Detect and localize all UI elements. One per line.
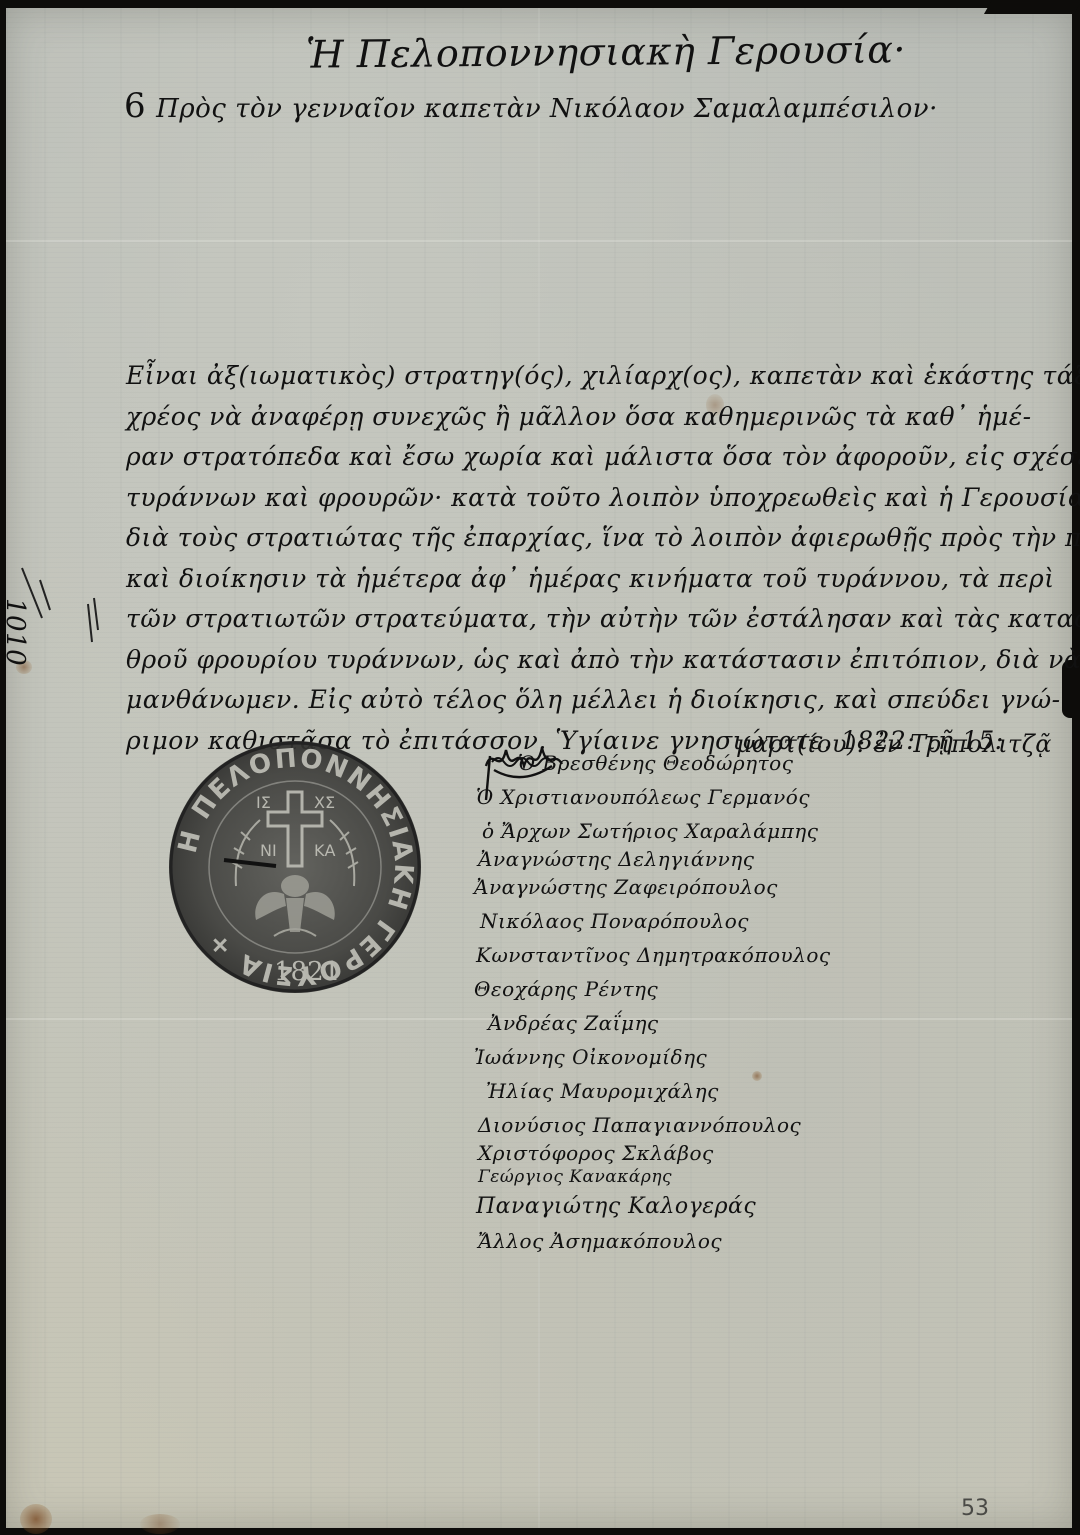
signature: Κωνσταντῖνος Δημητρακόπουλος <box>468 938 788 972</box>
body-line: μανθάνωμεν. Εἰς αὐτὸ τέλος ὅλη μέλλει ἡ … <box>126 680 1066 721</box>
addressee-line: 6Πρὸς τὸν γενναῖον καπετὰν Νικόλαον Σαμα… <box>124 86 938 126</box>
document-title: Ἡ Πελοποννησιακὴ Γερουσία· <box>306 27 906 76</box>
svg-text:ΝΙ: ΝΙ <box>260 841 277 860</box>
signature: Θεοχάρης Ρέντης <box>468 972 788 1006</box>
signature: Παναγιώτης Καλογεράς <box>468 1190 788 1224</box>
signature: Ἠλίας Μαυρομιχάλης <box>468 1074 788 1108</box>
body-line: τῶν στρατιωτῶν στρατεύματα, τὴν αὐτὴν τῶ… <box>126 599 1066 640</box>
body-line: ραν στρατόπεδα καὶ ἔσω χωρία καὶ μάλιστα… <box>126 437 1066 478</box>
signature-list: Ὁ Βρεσθένης Θεοδώρητος Ὁ Χριστιανουπόλεω… <box>468 746 788 1258</box>
body-line: Εἶναι ἀξ(ιωματικὸς) στρατηγ(ός), χιλίαρχ… <box>126 356 1066 397</box>
addressee-mark: 6 <box>124 86 146 126</box>
svg-text:ΚΑ: ΚΑ <box>314 841 335 860</box>
signature: Ἀνδρέας Ζαΐμης <box>468 1006 788 1040</box>
senate-seal: Η ΠΕΛΟΠΟΝΝΗΣΙΑΚΗ ΓΕΡΟΥΣΙΑ + ΙΣ ΧΣ ΝΙ ΚΑ … <box>164 736 426 998</box>
signature: Γεώργιος Κανακάρης <box>468 1164 788 1190</box>
signature: Ὁ Βρεσθένης Θεοδώρητος <box>468 746 788 780</box>
foxing-stain <box>20 1504 52 1534</box>
signature: ὁ Ἄρχων Σωτήριος Χαραλάμπης <box>468 814 788 848</box>
body-line: τυράννων καὶ φρουρῶν· κατὰ τοῦτο λοιπὸν … <box>126 478 1066 519</box>
signature: Νικόλαος Ποναρόπουλος <box>468 904 788 938</box>
letter-body: Εἶναι ἀξ(ιωματικὸς) στρατηγ(ός), χιλίαρχ… <box>126 356 1066 761</box>
signature: Ἀναγνώστης Ζαφειρόπουλος <box>468 870 788 904</box>
page-number: 53 <box>961 1496 989 1521</box>
body-line: χρέος νὰ ἀναφέρῃ συνεχῶς ἢ μᾶλλον ὅσα κα… <box>126 397 1066 438</box>
body-line: διὰ τοὺς στρατιώτας τῆς ἐπαρχίας, ἵνα τὸ… <box>126 518 1066 559</box>
body-line: καὶ διοίκησιν τὰ ἡμέτερα ἀφ᾽ ἡμέρας κινή… <box>126 559 1066 600</box>
svg-text:1821: 1821 <box>274 957 340 987</box>
torn-corner <box>984 0 1080 14</box>
signature: Ἀναγνώστης Δεληγιάννης <box>468 848 788 870</box>
svg-text:ΧΣ: ΧΣ <box>314 793 335 812</box>
signature: Διονύσιος Παπαγιαννόπουλος <box>468 1108 788 1142</box>
signature: Ἰωάννης Οἰκονομίδης <box>468 1040 788 1074</box>
manuscript-page: Ἡ Πελοποννησιακὴ Γερουσία· 6Πρὸς τὸν γεν… <box>6 8 1072 1528</box>
signature: Ὁ Χριστιανουπόλεως Γερμανός <box>468 780 788 814</box>
foxing-stain <box>140 1514 180 1534</box>
margin-archive-number: 1010 <box>0 598 30 666</box>
signature: Χριστόφορος Σκλάβος <box>468 1142 788 1164</box>
addressee-text: Πρὸς τὸν γενναῖον καπετὰν Νικόλαον Σαμαλ… <box>156 94 938 124</box>
svg-text:ΙΣ: ΙΣ <box>256 793 271 812</box>
signature: Ἄλλος Ἀσημακόπουλος <box>468 1224 788 1258</box>
body-line: θροῦ φρουρίου τυράννων, ὡς καὶ ἀπὸ τὴν κ… <box>126 640 1066 681</box>
